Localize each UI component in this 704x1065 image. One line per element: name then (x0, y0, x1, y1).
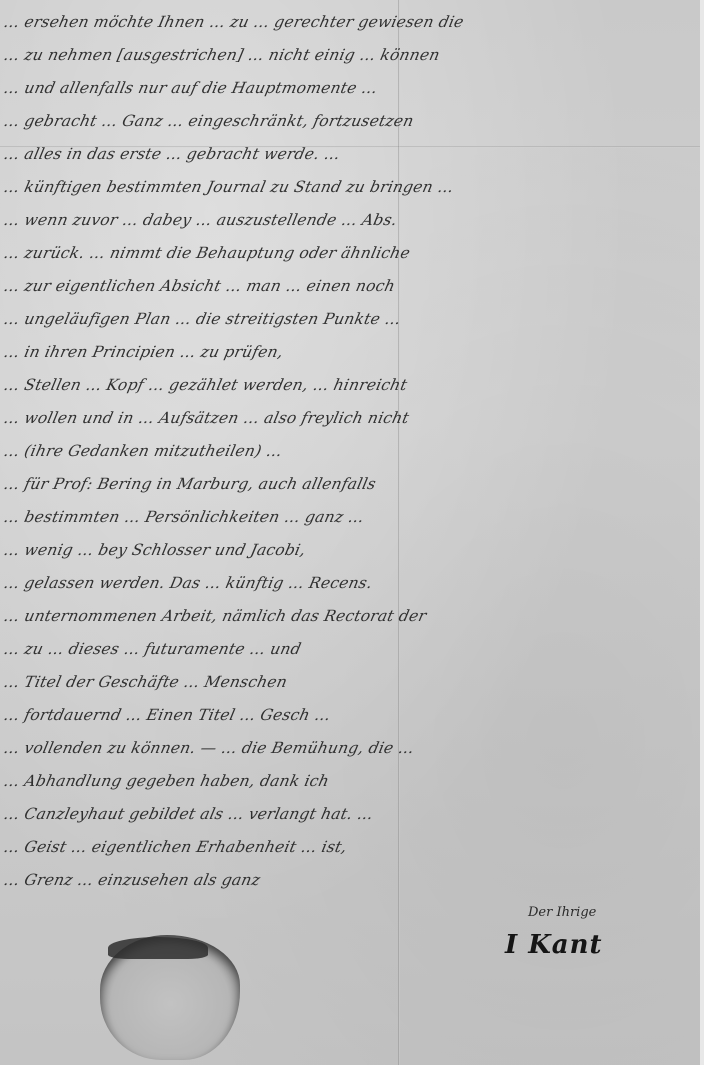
text-line: ... ungeläufigen Plan ... die streitigst… (0, 303, 703, 336)
text-line: ... Stellen ... Kopf ... gezählet werden… (0, 369, 703, 402)
text-line: ... (ihre Gedanken mitzutheilen) ... (0, 435, 703, 468)
text-line: ... alles in das erste ... gebracht werd… (0, 138, 703, 171)
text-line: ... Titel der Geschäfte ... Menschen (0, 666, 703, 699)
text-line: ... fortdauernd ... Einen Titel ... Gesc… (0, 699, 703, 732)
text-line: ... zu nehmen [ausgestrichen] ... nicht … (0, 39, 703, 72)
text-line: ... wollen und in ... Aufsätzen ... also… (0, 402, 703, 435)
text-line: ... bestimmten ... Persönlichkeiten ... … (0, 501, 703, 534)
text-line: ... in ihren Principien ... zu prüfen, (0, 336, 703, 369)
page-edge (700, 0, 704, 1065)
text-line: ... gelassen werden. Das ... künftig ...… (0, 567, 703, 600)
text-line: ... ersehen möchte Ihnen ... zu ... gere… (0, 6, 703, 39)
closing-formula: Der Ihrige (528, 905, 596, 920)
text-line: ... vollenden zu können. — ... die Bemüh… (0, 732, 703, 765)
text-line: ... wenn zuvor ... dabey ... auszustelle… (0, 204, 703, 237)
text-line: ... zurück. ... nimmt die Behauptung ode… (0, 237, 703, 270)
text-line: ... Abhandlung gegeben haben, dank ich (0, 765, 703, 798)
text-line: ... Grenz ... einzusehen als ganz (0, 864, 703, 897)
text-line: ... Canzleyhaut gebildet als ... verlang… (0, 798, 703, 831)
text-line: ... zur eigentlichen Absicht ... man ...… (0, 270, 703, 303)
text-line: ... wenig ... bey Schlosser und Jacobi, (0, 534, 703, 567)
text-line: ... für Prof: Bering in Marburg, auch al… (0, 468, 703, 501)
text-line: ... gebracht ... Ganz ... eingeschränkt,… (0, 105, 703, 138)
manuscript-page: ... ersehen möchte Ihnen ... zu ... gere… (0, 0, 704, 1065)
letter-body: ... ersehen möchte Ihnen ... zu ... gere… (4, 6, 700, 897)
wax-seal-residue (108, 937, 208, 959)
text-line: ... und allenfalls nur auf die Hauptmome… (0, 72, 703, 105)
signature: I Kant (505, 930, 603, 960)
text-line: ... zu ... dieses ... futuramente ... un… (0, 633, 703, 666)
text-line: ... Geist ... eigentlichen Erhabenheit .… (0, 831, 703, 864)
text-line: ... künftigen bestimmten Journal zu Stan… (0, 171, 703, 204)
text-line: ... unternommenen Arbeit, nämlich das Re… (0, 600, 703, 633)
